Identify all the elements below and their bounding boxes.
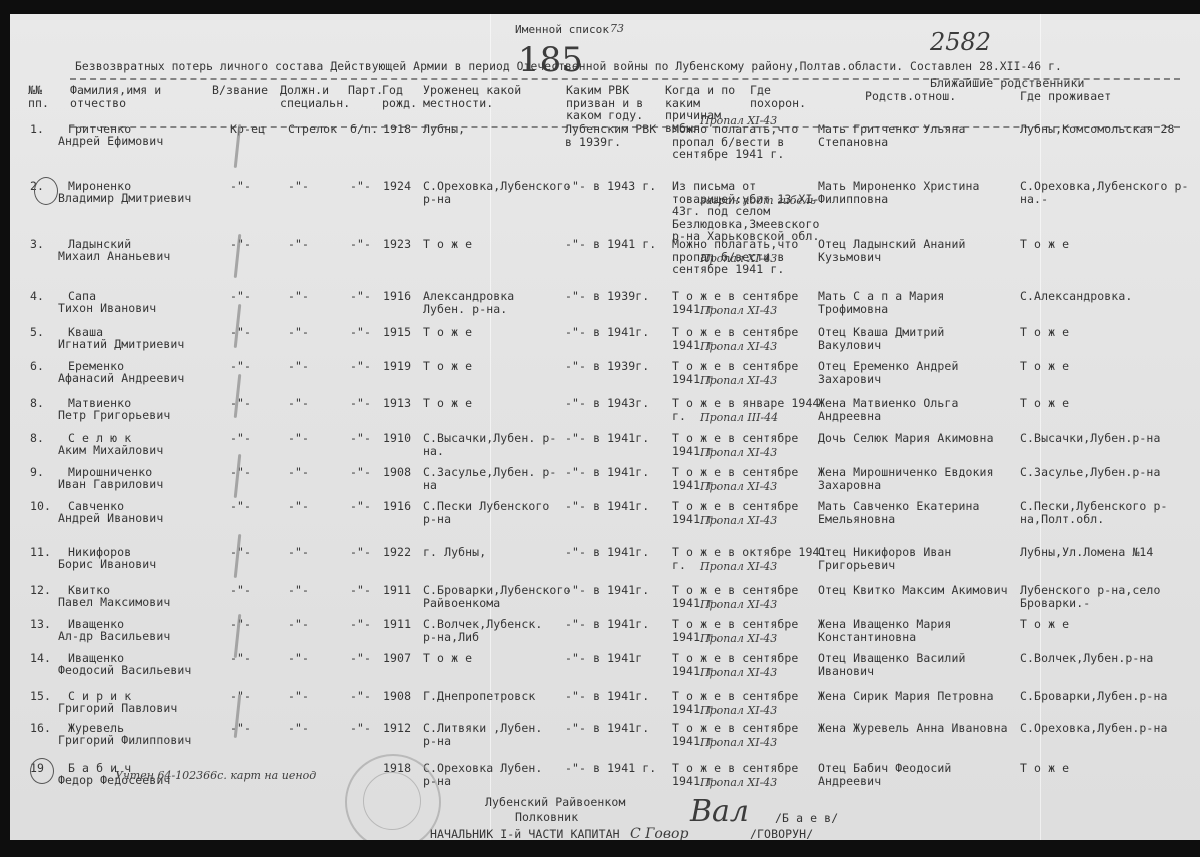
cell-position: -"- xyxy=(288,546,348,559)
cell-birthplace: Г.Днепропетровск xyxy=(423,690,563,703)
cell-birthplace: С.Ореховка Лубен. р-на xyxy=(423,762,563,787)
cell-position: -"- xyxy=(288,180,348,193)
cell-rank: -"- xyxy=(230,360,280,373)
cell-given-names: Павел Максимович xyxy=(58,596,218,609)
cell-birth-year: 1911 xyxy=(383,618,423,631)
cell-birth-year: 1908 xyxy=(383,466,423,479)
handwritten-note: Пропал XI-43 xyxy=(700,480,777,493)
cell-party: -"- xyxy=(350,584,380,597)
row19-handwritten-margin: Учтен 64-102366с. карт на иенод xyxy=(115,769,316,782)
cell-rvk: -"- в 1941г. xyxy=(565,432,665,445)
cell-birthplace: Т о ж е xyxy=(423,360,563,373)
cell-rvk: -"- в 1941г. xyxy=(565,546,665,559)
cell-given-names: Тихон Иванович xyxy=(58,302,218,315)
cell-given-names: Иван Гаврилович xyxy=(58,478,218,491)
col-header-relatives: Ближайшие родственники xyxy=(930,77,1085,90)
cell-rvk: -"- в 1939г. xyxy=(565,290,665,303)
cell-relative: Мать Гритченко Ульяна Степановна xyxy=(818,123,1008,148)
cell-birth-year: 1916 xyxy=(383,500,423,513)
cell-relative: Жена Сирик Мария Петровна xyxy=(818,690,1008,703)
cell-position: -"- xyxy=(288,500,348,513)
cell-rank: -"- xyxy=(230,290,280,303)
paper-fold-line xyxy=(1040,14,1041,840)
footer-signer1: /Б а е в/ xyxy=(775,812,838,825)
cell-given-names: Феодосий Васильевич xyxy=(58,664,218,677)
cell-position: -"- xyxy=(288,397,348,410)
cell-given-names: Григорий Павлович xyxy=(58,702,218,715)
cell-birth-year: 1924 xyxy=(383,180,423,193)
signature-scribble: С Говор xyxy=(630,826,688,840)
cell-rank: -"- xyxy=(230,584,280,597)
cell-rvk: -"- в 1941 г. xyxy=(565,238,665,251)
cell-party: -"- xyxy=(350,360,380,373)
cell-rvk: -"- в 1943 г. xyxy=(565,180,665,193)
handwritten-note: Пропал XI-43 xyxy=(700,252,777,265)
cell-birthplace: С.Ореховка,Лубенского р-на xyxy=(423,180,563,205)
cell-given-names: Игнатий Дмитриевич xyxy=(58,338,218,351)
cell-position: -"- xyxy=(288,432,348,445)
cell-birth-year: 1911 xyxy=(383,584,423,597)
cell-birthplace: С.Волчек,Лубенск. р-на,Либ xyxy=(423,618,563,643)
circled-row-number xyxy=(34,177,58,205)
cell-birthplace: С.Пески Лубенского р-на xyxy=(423,500,563,525)
cell-rvk: -"- в 1941г. xyxy=(565,584,665,597)
col-header-buried: Где похорон. xyxy=(750,84,810,109)
cell-birthplace: Т о ж е xyxy=(423,238,563,251)
cell-rvk: Лубенским РВК в 1939г. xyxy=(565,123,665,148)
cell-relative: Жена Матвиенко Ольга Андреевна xyxy=(818,397,1008,422)
cell-residence: Т о ж е xyxy=(1020,618,1195,631)
footer-line3: НАЧАЛЬНИК I-й ЧАСТИ КАПИТАН xyxy=(430,828,620,840)
cell-given-names: Андрей Ефимович xyxy=(58,135,218,148)
cell-given-names: Ал-др Васильевич xyxy=(58,630,218,643)
cell-birthplace: Т о ж е xyxy=(423,326,563,339)
cell-birth-year: 1907 xyxy=(383,652,423,665)
cell-rvk: -"- в 1939г. xyxy=(565,360,665,373)
cell-relative: Мать Савченко Екатерина Емельяновна xyxy=(818,500,1008,525)
col-header-birthplace: Уроженец какой местности. xyxy=(423,84,573,109)
cell-relative: Отец Ладынский Ананий Кузьмович xyxy=(818,238,1008,263)
cell-relative: Дочь Селюк Мария Акимовна xyxy=(818,432,1008,445)
cell-residence: С.Пески,Лубенского р-на,Полт.обл. xyxy=(1020,500,1195,525)
cell-rvk: -"- в 1941г xyxy=(565,652,665,665)
cell-party: -"- xyxy=(350,290,380,303)
cell-position: -"- xyxy=(288,290,348,303)
cell-residence: С.Александровка. xyxy=(1020,290,1195,303)
cell-residence: С.Броварки,Лубен.р-на xyxy=(1020,690,1195,703)
cell-party: -"- xyxy=(350,466,380,479)
cell-relative: Жена Журевель Анна Ивановна xyxy=(818,722,1008,735)
cell-rvk: -"- в 1941г. xyxy=(565,618,665,631)
cell-birth-year: 1918 xyxy=(383,123,423,136)
cell-relative: Отец Иващенко Василий Иванович xyxy=(818,652,1008,677)
cell-relative: Мать Мироненко Христина Филипповна xyxy=(818,180,1008,205)
official-seal-stamp xyxy=(345,754,441,840)
cell-birthplace: Т о ж е xyxy=(423,397,563,410)
handwritten-note: Пропал XI-43 xyxy=(700,304,777,317)
cell-residence: Т о ж е xyxy=(1020,238,1195,251)
cell-residence: С.Ореховка,Лубен.р-на xyxy=(1020,722,1195,735)
cell-residence: С.Засулье,Лубен.р-на xyxy=(1020,466,1195,479)
col-header-residence: Где проживает xyxy=(1020,90,1111,103)
handwritten-note: Пропал XI-43 xyxy=(700,598,777,611)
cell-relative: Отец Еременко Андрей Захарович xyxy=(818,360,1008,385)
document-title: Безвозвратных потерь личного состава Дей… xyxy=(75,61,1062,74)
cell-birth-year: 1922 xyxy=(383,546,423,559)
footer-line2: Полковник xyxy=(515,811,578,824)
cell-position: -"- xyxy=(288,690,348,703)
archive-number-handwritten: 2582 xyxy=(930,28,991,56)
cell-residence: С.Ореховка,Лубенского р-на.- xyxy=(1020,180,1195,205)
paper-fold-line xyxy=(490,14,491,840)
handwritten-note: Пропал XI-43 xyxy=(700,776,777,789)
cell-party: -"- xyxy=(350,432,380,445)
cell-given-names: Аким Михайлович xyxy=(58,444,218,457)
cell-relative: Отец Бабич Феодосий Андреевич xyxy=(818,762,1008,787)
footer-line1: Лубенский Райвоенком xyxy=(485,796,625,809)
cell-birth-year: 1915 xyxy=(383,326,423,339)
cell-party: -"- xyxy=(350,238,380,251)
handwritten-note: Пропал III-44 xyxy=(700,411,778,424)
cell-position: -"- xyxy=(288,652,348,665)
col-header-party: Парт. xyxy=(348,84,383,97)
cell-birthplace: Т о ж е xyxy=(423,652,563,665)
cell-position: -"- xyxy=(288,722,348,735)
cell-rvk: -"- в 1941 г. xyxy=(565,762,665,775)
handwritten-note: Пропал XI-43 xyxy=(700,560,777,573)
cell-rank: -"- xyxy=(230,180,280,193)
list-number-handwritten: 73 xyxy=(610,22,624,35)
list-label: Именной список xyxy=(515,24,609,37)
cell-rvk: -"- в 1941г. xyxy=(565,722,665,735)
cell-birthplace: С.Высачки,Лубен. р-на. xyxy=(423,432,563,457)
cell-party: -"- xyxy=(350,500,380,513)
col-header-relation: Родств.отнош. xyxy=(865,90,956,103)
cell-position: -"- xyxy=(288,360,348,373)
cell-birthplace: Лубны, xyxy=(423,123,563,136)
cell-rvk: -"- в 1941г. xyxy=(565,690,665,703)
cell-party: -"- xyxy=(350,652,380,665)
cell-birthplace: С.Литвяки ,Лубен. р-на xyxy=(423,722,563,747)
cell-residence: С.Высачки,Лубен.р-на xyxy=(1020,432,1195,445)
cell-party: -"- xyxy=(350,690,380,703)
cell-birth-year: 1916 xyxy=(383,290,423,303)
cell-position: -"- xyxy=(288,326,348,339)
cell-birthplace: Александровка Лубен. р-на. xyxy=(423,290,563,315)
cell-relative: Жена Мирошниченко Евдокия Захаровна xyxy=(818,466,1008,491)
footer-signer2: /ГОВОРУН/ xyxy=(750,828,813,840)
cell-residence: Т о ж е xyxy=(1020,397,1195,410)
cell-birthplace: С.Броварки,Лубенского Райвоенкома xyxy=(423,584,563,609)
cell-birth-year: 1912 xyxy=(383,722,423,735)
cell-given-names: Владимир Дмитриевич xyxy=(58,192,218,205)
cell-birthplace: г. Лубны, xyxy=(423,546,563,559)
cell-relative: Отец Кваша Дмитрий Вакулович xyxy=(818,326,1008,351)
handwritten-note: Пропал XI-43 xyxy=(700,736,777,749)
cell-given-names: Андрей Иванович xyxy=(58,512,218,525)
handwritten-note: Пропал XI-43 xyxy=(700,666,777,679)
signature-scribble: Вал xyxy=(690,794,749,829)
col-header-name: Фамилия,имя и отчество xyxy=(70,84,190,109)
cell-party: -"- xyxy=(350,397,380,410)
cell-residence: Лубны,Комсомольская 28 xyxy=(1020,123,1195,136)
cell-rank: -"- xyxy=(230,500,280,513)
col-header-rvk: Каким РВК призван и в каком году. xyxy=(566,84,661,122)
cell-residence: Лубны,Ул.Ломена №14 xyxy=(1020,546,1195,559)
col-header-num: №№ пп. xyxy=(28,84,56,109)
cell-rvk: -"- в 1941г. xyxy=(565,500,665,513)
cell-given-names: Михаил Ананьевич xyxy=(58,250,218,263)
cell-party: -"- xyxy=(350,326,380,339)
cell-party: -"- xyxy=(350,180,380,193)
cell-rank: -"- xyxy=(230,432,280,445)
cell-given-names: Афанасий Андреевич xyxy=(58,372,218,385)
cell-relative: Мать С а п а Мария Трофимовна xyxy=(818,290,1008,315)
cell-given-names: Григорий Филиппович xyxy=(58,734,218,747)
col-header-position: Должн.и специальн. xyxy=(280,84,355,109)
cell-birth-year: 1910 xyxy=(383,432,423,445)
cell-birth-year: 1923 xyxy=(383,238,423,251)
col-header-birth-year: Год рожд. xyxy=(382,84,420,109)
handwritten-note: Пропал XI-43 xyxy=(700,340,777,353)
cell-relative: Жена Иващенко Мария Константиновна xyxy=(818,618,1008,643)
cell-when-why: Из письма от товарищей:убит 13.XI-43г. п… xyxy=(672,180,832,243)
cell-rvk: -"- в 1941г. xyxy=(565,466,665,479)
cell-position: -"- xyxy=(288,238,348,251)
cell-position: -"- xyxy=(288,584,348,597)
cell-birthplace: С.Засулье,Лубен. р-на xyxy=(423,466,563,491)
cell-when-why: Можно полагать,что пропал б/вести в сент… xyxy=(672,123,832,161)
cell-given-names: Петр Григорьевич xyxy=(58,409,218,422)
cell-party: -"- xyxy=(350,618,380,631)
cell-rvk: -"- в 1941г. xyxy=(565,326,665,339)
archival-document-page: Именной список 73 185 2582 Безвозвратных… xyxy=(10,14,1200,840)
cell-rvk: -"- в 1943г. xyxy=(565,397,665,410)
cell-residence: Т о ж е xyxy=(1020,326,1195,339)
cell-position: -"- xyxy=(288,466,348,479)
cell-given-names: Борис Иванович xyxy=(58,558,218,571)
cell-residence: Т о ж е xyxy=(1020,360,1195,373)
cell-residence: Лубенского р-на,село Броварки.- xyxy=(1020,584,1195,609)
cell-residence: Т о ж е xyxy=(1020,762,1195,775)
cell-position: Стрелок xyxy=(288,123,348,136)
handwritten-note: Пропал XI-43 xyxy=(700,514,777,527)
handwritten-note: загран подт гибель xyxy=(700,194,816,207)
cell-position: -"- xyxy=(288,618,348,631)
cell-birth-year: 1908 xyxy=(383,690,423,703)
circled-row-number xyxy=(30,758,54,784)
col-header-rank: В/звание xyxy=(212,84,268,97)
cell-residence: С.Волчек,Лубен.р-на xyxy=(1020,652,1195,665)
cell-party: б/п. xyxy=(350,123,380,136)
cell-party: -"- xyxy=(350,722,380,735)
cell-party: -"- xyxy=(350,546,380,559)
handwritten-note: Пропал XI-43 xyxy=(700,446,777,459)
cell-relative: Отец Квитко Максим Акимович xyxy=(818,584,1008,597)
cell-rank: -"- xyxy=(230,652,280,665)
cell-relative: Отец Никифоров Иван Григорьевич xyxy=(818,546,1008,571)
cell-birth-year: 1919 xyxy=(383,360,423,373)
cell-birth-year: 1913 xyxy=(383,397,423,410)
handwritten-note: Пропал XI-43 xyxy=(700,632,777,645)
handwritten-note: Пропал XI-43 xyxy=(700,374,777,387)
handwritten-note: Пропал XI-43 xyxy=(700,704,777,717)
